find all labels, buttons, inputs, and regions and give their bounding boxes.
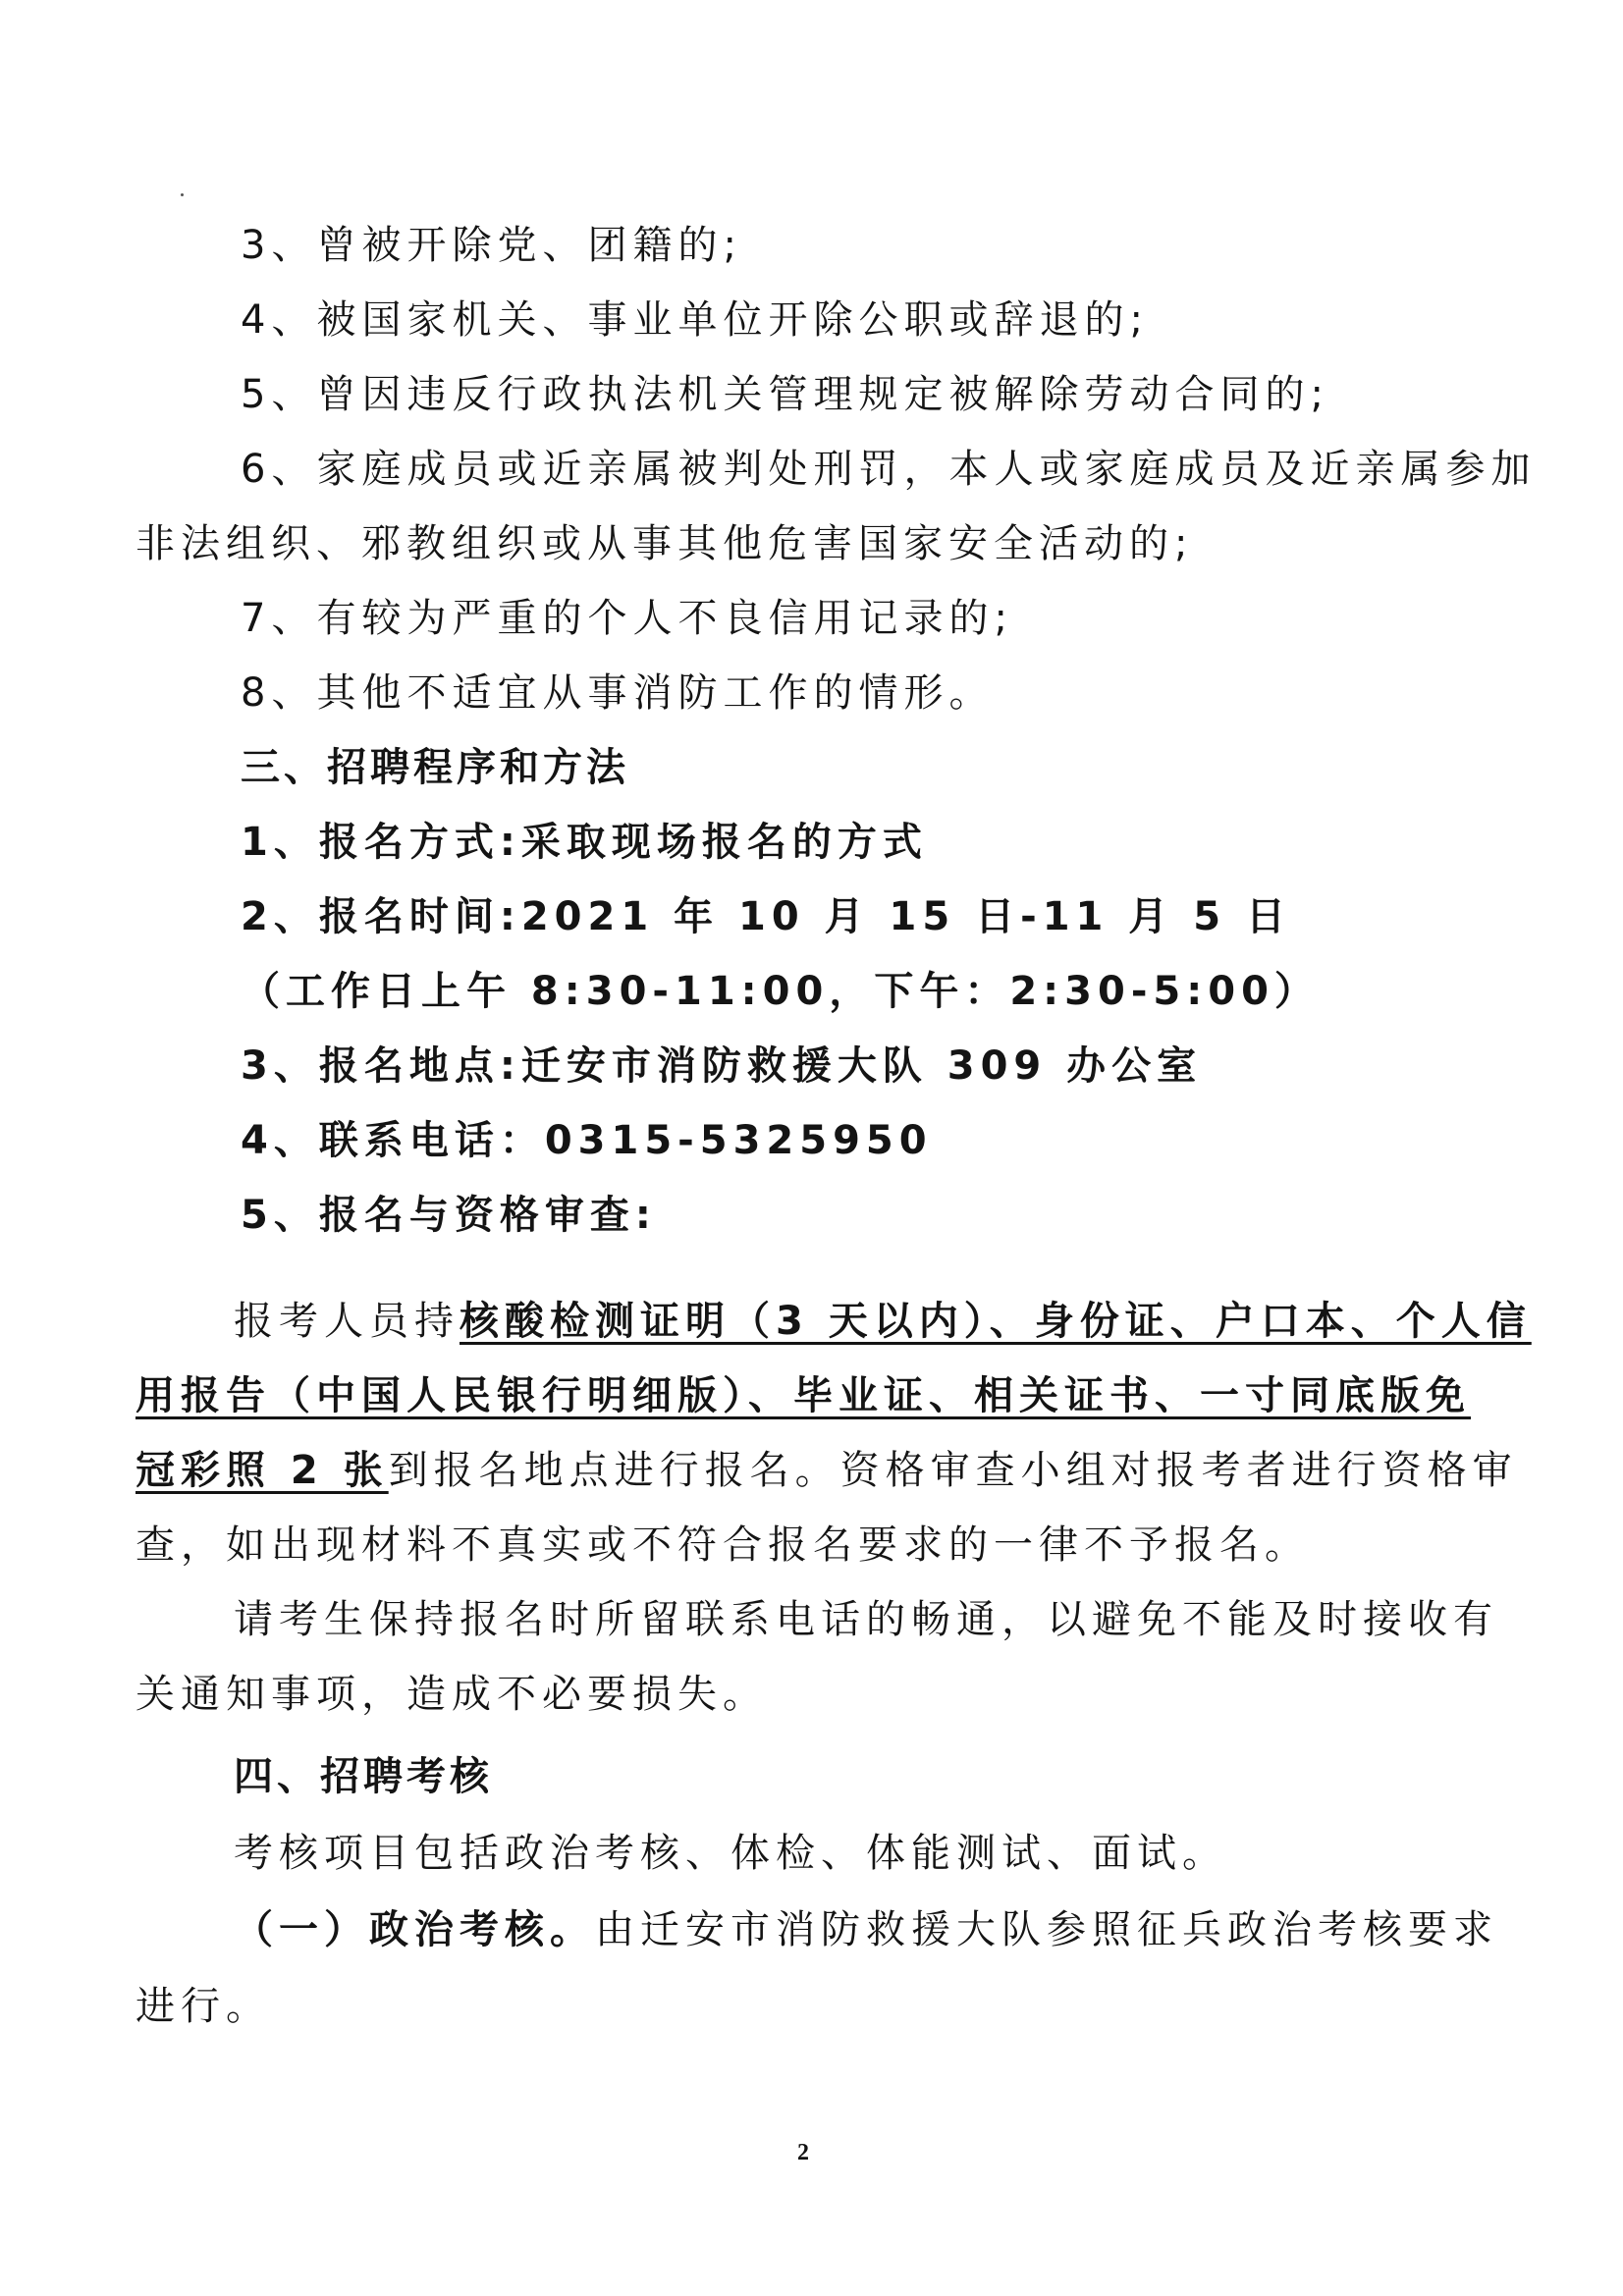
registration-method: 1、报名方式:采取现场报名的方式 [241, 817, 928, 868]
disqualification-item-7: 7、有较为严重的个人不良信用记录的; [241, 593, 1013, 644]
registration-hours: （工作日上午 8:30-11:00，下午：2:30-5:00） [241, 966, 1320, 1017]
political-assessment-text: 由迁安市消防救援大队参照征兵政治考核要求 [595, 1907, 1498, 1952]
disqualification-item-8: 8、其他不适宜从事消防工作的情形。 [241, 667, 994, 719]
political-assessment-line-1: （一）政治考核。由迁安市消防救援大队参照征兵政治考核要求 [234, 1904, 1498, 1955]
section-3-heading: 三、招聘程序和方法 [241, 742, 629, 793]
review-paragraph-line-3: 冠彩照 2 张到报名地点进行报名。资格审查小组对报考者进行资格审 [135, 1445, 1518, 1496]
political-assessment-line-2: 进行。 [135, 1981, 271, 2032]
political-assessment-label: （一）政治考核。 [234, 1907, 595, 1952]
disqualification-item-5: 5、曾因违反行政执法机关管理规定被解除劳动合同的; [241, 369, 1329, 420]
review-paragraph-line-4: 查，如出现材料不真实或不符合报名要求的一律不予报名。 [135, 1520, 1310, 1571]
review-paragraph-line-2: 用报告（中国人民银行明细版）、毕业证、相关证书、一寸同底版免 [135, 1370, 1471, 1421]
disqualification-item-6-cont: 非法组织、邪教组织或从事其他危害国家安全活动的; [135, 518, 1193, 569]
required-documents-part-2: 用报告（中国人民银行明细版）、毕业证、相关证书、一寸同底版免 [135, 1373, 1471, 1418]
required-documents-part-3: 冠彩照 2 张 [135, 1448, 389, 1493]
assessment-intro: 考核项目包括政治考核、体检、体能测试、面试。 [234, 1828, 1227, 1879]
registration-time: 2、报名时间:2021 年 10 月 15 日-11 月 5 日 [241, 891, 1291, 942]
notice-paragraph-line-1: 请考生保持报名时所留联系电话的畅通，以避免不能及时接收有 [234, 1594, 1498, 1645]
review-prefix: 报考人员持 [234, 1299, 460, 1344]
section-4-heading: 四、招聘考核 [234, 1751, 493, 1802]
contact-phone: 4、联系电话：0315-5325950 [241, 1115, 933, 1166]
notice-paragraph-line-2: 关通知事项，造成不必要损失。 [135, 1669, 768, 1720]
disqualification-item-4: 4、被国家机关、事业单位开除公职或辞退的; [241, 294, 1149, 346]
review-paragraph-line-1: 报考人员持核酸检测证明（3 天以内）、身份证、户口本、个人信 [234, 1296, 1532, 1347]
registration-review-heading: 5、报名与资格审查: [241, 1190, 657, 1241]
scan-speck [181, 193, 184, 196]
page-number: 2 [797, 2140, 809, 2166]
registration-location: 3、报名地点:迁安市消防救援大队 309 办公室 [241, 1041, 1202, 1092]
required-documents-part-1: 核酸检测证明（3 天以内）、身份证、户口本、个人信 [460, 1299, 1532, 1344]
review-suffix: 到报名地点进行报名。资格审查小组对报考者进行资格审 [389, 1448, 1518, 1493]
document-page: 3、曾被开除党、团籍的; 4、被国家机关、事业单位开除公职或辞退的; 5、曾因违… [0, 0, 1623, 2296]
disqualification-item-6: 6、家庭成员或近亲属被判处刑罚，本人或家庭成员及近亲属参加 [241, 444, 1536, 495]
disqualification-item-3: 3、曾被开除党、团籍的; [241, 220, 742, 271]
